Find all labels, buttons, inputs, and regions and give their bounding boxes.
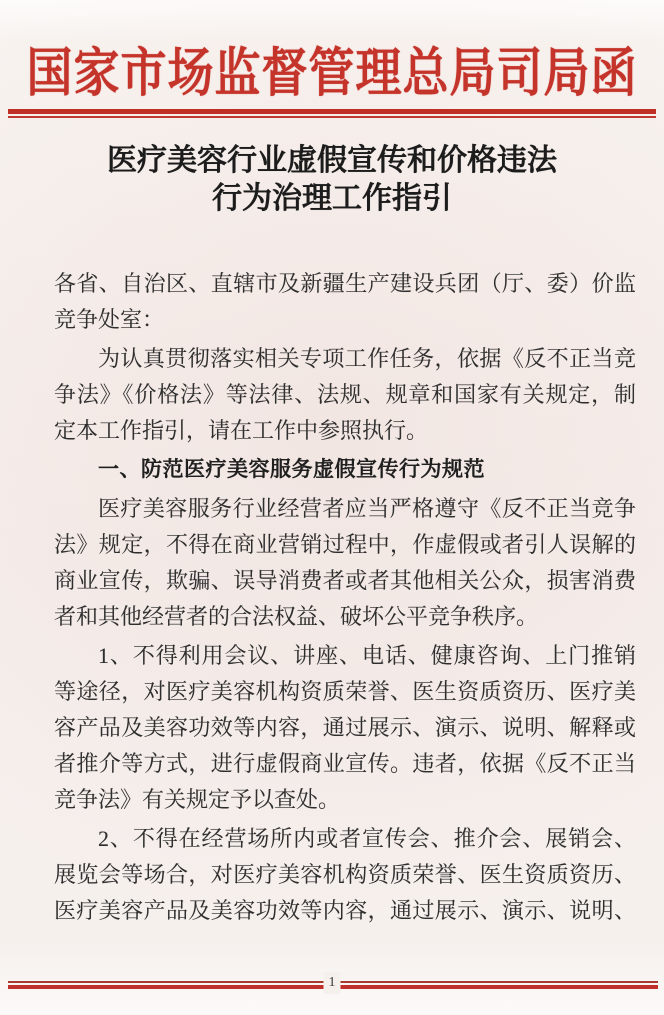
- letterhead-divider-thick-rule: [8, 109, 656, 114]
- body-line: 定本工作指引，请在工作中参照执行。: [54, 413, 636, 449]
- body-line: 1、不得利用会议、讲座、电话、健康咨询、上门推销: [54, 638, 636, 674]
- body-line: 法》规定，不得在商业营销过程中，作虚假或者引人误解的: [54, 527, 636, 563]
- body-line: 为认真贯彻落实相关专项工作任务，依据《反不正当竞: [54, 341, 636, 377]
- letterhead-title: 国家市场监督管理总局司局函: [0, 31, 664, 106]
- body-line: 展览会等场合，对医疗美容机构资质荣誉、医生资质资历、: [54, 857, 636, 893]
- body-line: 争法》《价格法》等法律、法规、规章和国家有关规定，制: [54, 377, 636, 413]
- document-title-line2: 行为治理工作指引: [212, 182, 452, 215]
- body-line: 竞争法》有关规定予以查处。: [54, 782, 636, 818]
- body-line: 医疗美容服务行业经营者应当严格遵守《反不正当竞争: [54, 491, 636, 527]
- body-line: 竞争处室：: [54, 302, 636, 338]
- body-line: 2、不得在经营场所内或者宣传会、推介会、展销会、: [54, 821, 636, 857]
- section-heading: 一、防范医疗美容服务虚假宣传行为规范: [54, 452, 636, 488]
- body-line: 医疗美容产品及美容功效等内容，通过展示、演示、说明、: [54, 893, 636, 929]
- body-line: 各省、自治区、直辖市及新疆生产建设兵团（厅、委）价监: [54, 266, 636, 302]
- document-title-line1: 医疗美容行业虚假宣传和价格违法: [107, 144, 557, 177]
- body-line: 容产品及美容功效等内容，通过展示、演示、说明、解释或: [54, 710, 636, 746]
- body-line: 商业宣传，欺骗、误导消费者或者其他相关公众，损害消费: [54, 563, 636, 599]
- document-page: 国家市场监督管理总局司局函 医疗美容行业虚假宣传和价格违法 行为治理工作指引 各…: [0, 0, 664, 1015]
- body-line: 等途径，对医疗美容机构资质荣誉、医生资质资历、医疗美: [54, 674, 636, 710]
- document-title: 医疗美容行业虚假宣传和价格违法 行为治理工作指引: [0, 142, 664, 218]
- letterhead-divider-thin-rule: [8, 116, 656, 118]
- body-line: 者推介等方式，进行虚假商业宣传。违者，依据《反不正当: [54, 746, 636, 782]
- body-line: 者和其他经营者的合法权益、破坏公平竞争秩序。: [54, 599, 636, 635]
- letterhead-divider: [8, 109, 656, 118]
- document-body: 各省、自治区、直辖市及新疆生产建设兵团（厅、委）价监竞争处室：为认真贯彻落实相关…: [54, 266, 636, 929]
- page-number: 1: [324, 972, 341, 994]
